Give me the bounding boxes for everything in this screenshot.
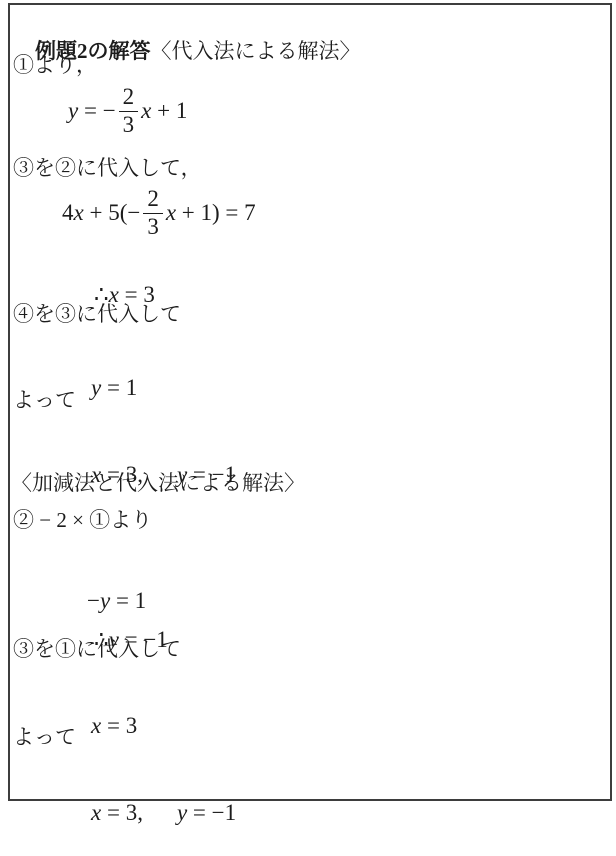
result-x-var: x [91, 713, 101, 738]
fraction-denominator: 3 [147, 214, 159, 239]
fraction-two-thirds: 23 [143, 187, 163, 238]
method2-heading: 〈加減法と代入法による解法〉 [11, 470, 305, 496]
eq-y-lhs: y [68, 97, 78, 126]
eq-sub-tail-var: x [166, 199, 176, 228]
eq-sub-tail: + 1) = 7 [176, 199, 256, 228]
result-x-value: = 3 [101, 713, 137, 738]
eq-y-rhs-var: x [141, 97, 151, 126]
eq-y-rel: = − [78, 97, 115, 126]
solution-title-method: 〈代入法による解法〉 [151, 39, 361, 63]
equation-y-substitution-form: y = −23x + 1 [68, 83, 187, 139]
answer-value-y: = −1 [187, 800, 236, 825]
answer-var-x: x [91, 800, 101, 825]
eq-y-rhs-tail: + 1 [151, 97, 187, 126]
eq-sub-head-var: x [74, 199, 84, 228]
fraction-numerator: 2 [143, 187, 163, 213]
method2-answer-line: x = 3,y = −1 [68, 770, 236, 856]
method1-conclusion-label: よって [13, 387, 76, 413]
solution-box: 例題2の解答〈代入法による解法〉 ①より， y = −23x + 1 ③を②に代… [8, 3, 612, 801]
answer-var-y: y [177, 800, 187, 825]
equation-substituted: 4x + 5(−23x + 1) = 7 [62, 185, 256, 241]
answer-value-x: = 3, [101, 800, 143, 825]
method1-step1-label: ①より， [13, 52, 97, 78]
fraction-numerator: 2 [119, 85, 139, 111]
fraction-denominator: 3 [123, 112, 135, 137]
method2-step2-label: ③を①に代入して [13, 636, 181, 662]
result-y-line: y = 1 [68, 345, 137, 431]
result-y-value: = 1 [101, 375, 137, 400]
fraction-two-thirds: 23 [119, 85, 139, 136]
method2-conclusion-label: よって [13, 724, 76, 750]
eq-sub-coef: 4 [62, 199, 74, 228]
method1-step3-label: ④を③に代入して [13, 301, 181, 327]
result-y-var: y [91, 375, 101, 400]
method2-step1-label: ② − 2 × ①より [13, 507, 152, 533]
method1-step2-label: ③を②に代入して， [13, 155, 202, 181]
eq-sub-mid: + 5(− [84, 199, 141, 228]
result-x-line-2: x = 3 [68, 683, 137, 769]
